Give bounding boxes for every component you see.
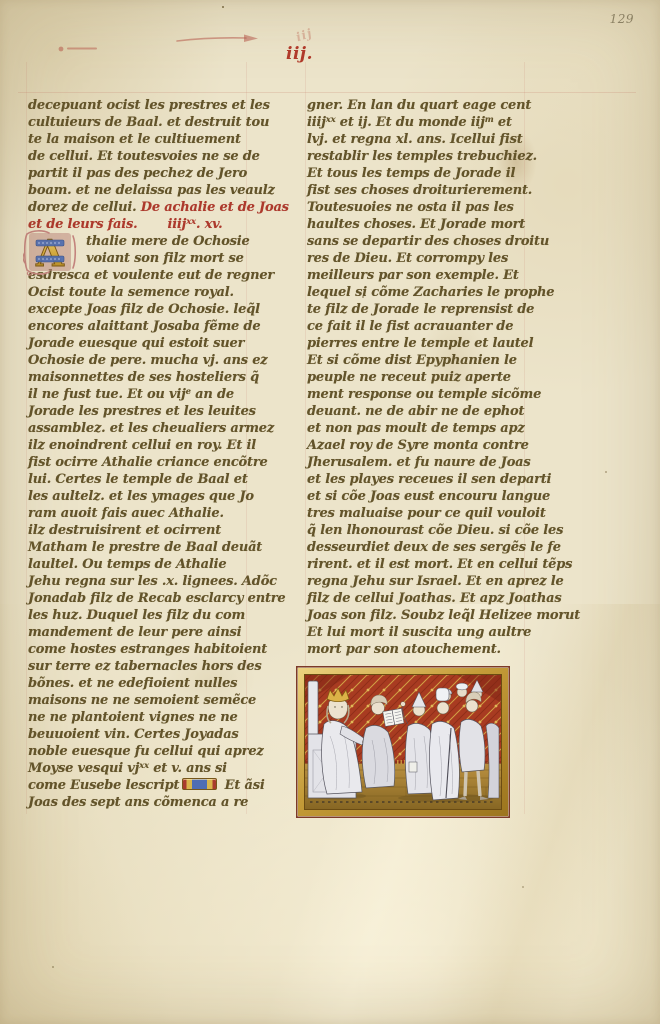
body-text: beuuoient vin. Certes Joyadas <box>28 727 239 742</box>
body-text: les aultelz. et les ymages que Jo <box>28 489 254 504</box>
text-line: res de Dieu. Et corrompy les <box>307 250 525 267</box>
text-line: te filz de Jorade le reprensist de <box>307 301 525 318</box>
body-text: an de <box>191 387 234 402</box>
text-line: sur terre ez tabernacles hors des <box>28 658 246 675</box>
text-line: q̃ len lhonourast cõe Dieu. si cõe les <box>307 522 525 539</box>
text-line: Jehu regna sur les .x. lignees. Adõc <box>28 573 246 590</box>
body-text: encores alaittant Josaba fẽme de <box>28 319 260 334</box>
text-line: de cellui. Et toutesvoies ne se de <box>28 148 246 165</box>
text-line: Matham le prestre de Baal deuãt <box>28 539 246 556</box>
body-text: noble euesque fu cellui qui aprez <box>28 744 264 759</box>
text-line: Jonadab filz de Recab esclarcy entre <box>28 590 246 607</box>
text-line: Joas son filz. Soubz leq̃l Helizee morut <box>307 607 525 624</box>
text-line: deuant. ne de abir ne de ephot <box>307 403 525 420</box>
raised-hand <box>401 702 406 707</box>
text-line: te la maison et le cultiuement <box>28 131 246 148</box>
text-line: maisons ne ne semoient semẽce <box>28 692 246 709</box>
body-text: de cellui. Et toutesvoies ne se de <box>28 149 260 164</box>
body-text: res de Dieu. Et corrompy les <box>307 251 508 266</box>
text-line: ilz destruisirent et ocirrent <box>28 522 246 539</box>
text-line: rirent. et il est mort. Et en cellui tẽp… <box>307 556 525 573</box>
text-line: Azael roy de Syre monta contre <box>307 437 525 454</box>
text-line: Et lui mort il suscita ung aultre <box>307 624 525 641</box>
text-line: et si cõe Joas eust encouru langue <box>307 488 525 505</box>
body-text: Et lui mort il suscita ung aultre <box>307 625 531 640</box>
body-text: maisons ne ne semoient semẽce <box>28 693 256 708</box>
body-text: decepuant ocist les prestres et les <box>28 98 270 113</box>
text-line: ne ne plantoient vignes ne ne <box>28 709 246 726</box>
illuminated-initial-A: A <box>23 230 79 276</box>
body-text: Jehu regna sur les .x. lignees. Adõc <box>28 574 277 589</box>
parchment-specks <box>222 6 224 8</box>
body-text: xx <box>326 115 336 125</box>
body-text: et <box>494 115 512 130</box>
red-dot-dash-mark <box>56 42 102 54</box>
text-line: Ochosie de pere. mucha vj. ans ez <box>28 352 246 369</box>
body-text: assamblez. et les cheualiers armez <box>28 421 274 436</box>
body-text: come hostes estranges habitoient <box>28 642 267 657</box>
body-text: et si cõe Joas eust encouru langue <box>307 489 550 504</box>
ruling-line-vertical <box>26 62 27 814</box>
body-text: xx <box>139 761 149 771</box>
body-text: et ij. Et du monde iij <box>335 115 484 130</box>
text-line: maisonnettes de ses hosteliers q̃ <box>28 369 246 386</box>
body-text: ilz destruisirent et ocirrent <box>28 523 221 538</box>
body-text: Jorade euesque qui estoit suer <box>28 336 244 351</box>
text-line: encores alaittant Josaba fẽme de <box>28 318 246 335</box>
body-text: restablir les temples trebuchiez. <box>307 149 537 164</box>
ruling-line-horizontal <box>18 92 636 93</box>
body-text: te filz de Jorade le reprensist de <box>307 302 534 317</box>
text-line: peuple ne receut puiz aperte <box>307 369 525 386</box>
rubric-text: . xv. <box>196 217 223 232</box>
body-text: et les playes receues il sen departi <box>307 472 551 487</box>
body-text: Jherusalem. et fu naure de Joas <box>307 455 531 470</box>
text-line: fist ses choses droiturierement. <box>307 182 525 199</box>
body-text: Et ãsi <box>220 778 264 793</box>
miniature-king-joas <box>296 666 510 818</box>
body-text: et non pas moult de temps apz <box>307 421 525 436</box>
text-line: sans se departir des choses droitu <box>307 233 525 250</box>
text-line: Ocist toute la semence royal. <box>28 284 246 301</box>
body-text: meilleurs par son exemple. Et <box>307 268 519 283</box>
rubric-text: iiij <box>167 217 186 232</box>
text-line: lui. Certes le temple de Baal et <box>28 471 246 488</box>
text-line: laultel. Ou temps de Athalie <box>28 556 246 573</box>
text-line: come hostes estranges habitoient <box>28 641 246 658</box>
open-book <box>383 708 404 726</box>
rubric-text: De achalie et de Joas <box>141 200 289 215</box>
tall-white-hat <box>436 688 449 701</box>
body-text: Ochosie de pere. mucha vj. ans ez <box>28 353 267 368</box>
text-line: iiijxx et ij. Et du monde iijm et <box>307 114 525 131</box>
body-text: rirent. et il est mort. Et en cellui tẽp… <box>307 557 572 572</box>
line-filler-ornament <box>182 778 217 790</box>
text-line: Et tous les temps de Jorade il <box>307 165 525 182</box>
body-text: partit il pas des pechez de Jero <box>28 166 247 181</box>
body-text: fist ocirre Athalie criance encõtre <box>28 455 268 470</box>
body-text: q̃ len lhonourast cõe Dieu. si cõe les <box>307 523 563 538</box>
body-text: il ne fust tue. Et ou vij <box>28 387 186 402</box>
body-text: Moyse vesqui vj <box>28 761 139 776</box>
text-line: partit il pas des pechez de Jero <box>28 165 246 182</box>
text-line: les aultelz. et les ymages que Jo <box>28 488 246 505</box>
body-text: Et si cõme dist Epyphanien le <box>307 353 517 368</box>
text-line: il ne fust tue. Et ou vije an de <box>28 386 246 403</box>
body-text: e <box>186 387 191 397</box>
text-line: come Eusebe lescript Et ãsi <box>28 777 246 794</box>
text-line: beuuoient vin. Certes Joyadas <box>28 726 246 743</box>
text-line: desseurdiet deux de ses sergẽs le fe <box>307 539 525 556</box>
body-text: gner. En lan du quart eage cent <box>307 98 531 113</box>
text-line: filz de cellui Joathas. Et apz Joathas <box>307 590 525 607</box>
offset-ghost-numeral: iij <box>294 26 314 44</box>
body-text: Ocist toute la semence royal. <box>28 285 234 300</box>
text-line: ce fait il le fist acrauanter de <box>307 318 525 335</box>
body-text: ment response ou temple sicõme <box>307 387 541 402</box>
text-line: assamblez. et les cheualiers armez <box>28 420 246 437</box>
svg-text:A: A <box>35 233 65 275</box>
body-text: boam. et ne delaissa pas les veaulz <box>28 183 275 198</box>
body-text: filz de cellui Joathas. Et apz Joathas <box>307 591 561 606</box>
body-text <box>137 216 167 233</box>
text-line: ram auoit fais auec Athalie. <box>28 505 246 522</box>
body-text: ce fait il le fist acrauanter de <box>307 319 513 334</box>
body-text: ram auoit fais auec Athalie. <box>28 506 224 521</box>
text-line: Moyse vesqui vjxx et v. ans si <box>28 760 246 777</box>
body-text: Joas son filz. Soubz leq̃l Helizee morut <box>307 608 580 623</box>
text-line: restablir les temples trebuchiez. <box>307 148 525 165</box>
chapter-heading-numeral: iij. <box>286 44 313 64</box>
text-line: boam. et ne delaissa pas les veaulz <box>28 182 246 199</box>
body-text: iiij <box>307 115 326 130</box>
text-line: lequel si cõme Zacharies le prophe <box>307 284 525 301</box>
body-text: peuple ne receut puiz aperte <box>307 370 511 385</box>
text-line: lvj. et regna xl. ans. Icellui fist <box>307 131 525 148</box>
text-line: et non pas moult de temps apz <box>307 420 525 437</box>
body-text: Jorade les prestres et les leuites <box>28 404 256 419</box>
text-line: haultes choses. Et Jorade mort <box>307 216 525 233</box>
red-arrow-mark <box>174 33 262 47</box>
text-line: meilleurs par son exemple. Et <box>307 267 525 284</box>
text-line: excepte Joas filz de Ochosie. leq̃l <box>28 301 246 318</box>
body-text: maisonnettes de ses hosteliers q̃ <box>28 370 259 385</box>
body-text: te la maison et le cultiuement <box>28 132 241 147</box>
body-text: voiant son filz mort se <box>86 251 244 266</box>
body-text: Matham le prestre de Baal deuãt <box>28 540 262 555</box>
body-text: haultes choses. Et Jorade mort <box>307 217 525 232</box>
text-line: pierres entre le temple et lautel <box>307 335 525 352</box>
body-text: Azael roy de Syre monta contre <box>307 438 529 453</box>
text-line: ment response ou temple sicõme <box>307 386 525 403</box>
text-line: Toutesuoies ne osta il pas les <box>307 199 525 216</box>
body-text: excepte Joas filz de Ochosie. leq̃l <box>28 302 260 317</box>
text-line: decepuant ocist les prestres et les <box>28 97 246 114</box>
gold-crown <box>327 688 349 702</box>
text-line: Joas des sept ans cõmenca a re <box>28 794 246 811</box>
text-line: noble euesque fu cellui qui aprez <box>28 743 246 760</box>
text-line: regna Jehu sur Israel. Et en aprez le <box>307 573 525 590</box>
body-text: m <box>485 115 494 125</box>
body-text: desseurdiet deux de ses sergẽs le fe <box>307 540 561 555</box>
body-text: thalie mere de Ochosie <box>86 234 250 249</box>
text-line: Jherusalem. et fu naure de Joas <box>307 454 525 471</box>
body-text: laultel. Ou temps de Athalie <box>28 557 226 572</box>
body-text: lui. Certes le temple de Baal et <box>28 472 248 487</box>
body-text: ne ne plantoient vignes ne ne <box>28 710 238 725</box>
text-line: fist ocirre Athalie criance encõtre <box>28 454 246 471</box>
text-line: tres maluaise pour ce quil vouloit <box>307 505 525 522</box>
text-line: dorez de cellui. De achalie et de Joas <box>28 199 246 216</box>
text-line: ilz enoindrent cellui en roy. Et il <box>28 437 246 454</box>
text-line: Et si cõme dist Epyphanien le <box>307 352 525 369</box>
body-text: mandement de leur pere ainsi <box>28 625 241 640</box>
text-line: mort par son atouchement. <box>307 641 525 658</box>
body-text: pierres entre le temple et lautel <box>307 336 533 351</box>
body-text: dorez de cellui. <box>28 200 141 215</box>
body-text: bõnes. et ne edefioient nulles <box>28 676 237 691</box>
body-text: cultuieurs de Baal. et destruit tou <box>28 115 269 130</box>
text-line: et les playes receues il sen departi <box>307 471 525 488</box>
body-text: mort par son atouchement. <box>307 642 501 657</box>
body-text: lequel si cõme Zacharies le prophe <box>307 285 554 300</box>
text-line: cultuieurs de Baal. et destruit tou <box>28 114 246 131</box>
text-line: Jorade les prestres et les leuites <box>28 403 246 420</box>
rubric-text: xx <box>186 217 196 227</box>
body-text: lvj. et regna xl. ans. Icellui fist <box>307 132 523 147</box>
text-line: bõnes. et ne edefioient nulles <box>28 675 246 692</box>
body-text: ilz enoindrent cellui en roy. Et il <box>28 438 256 453</box>
body-text: tres maluaise pour ce quil vouloit <box>307 506 546 521</box>
folio-number: 129 <box>610 12 634 26</box>
body-text: les huz. Duquel les filz du com <box>28 608 245 623</box>
text-column-left: decepuant ocist les prestres et lescultu… <box>28 97 246 811</box>
body-text: Et tous les temps de Jorade il <box>307 166 515 181</box>
body-text: et v. ans si <box>149 761 227 776</box>
body-text: Joas des sept ans cõmenca a re <box>28 795 248 810</box>
body-text: Toutesuoies ne osta il pas les <box>307 200 514 215</box>
body-text: Jonadab filz de Recab esclarcy entre <box>28 591 285 606</box>
body-text: come Eusebe lescript <box>28 778 179 793</box>
body-text: regna Jehu sur Israel. Et en aprez le <box>307 574 564 589</box>
body-text: deuant. ne de abir ne de ephot <box>307 404 524 419</box>
body-text: sans se departir des choses droitu <box>307 234 549 249</box>
text-line: Jorade euesque qui estoit suer <box>28 335 246 352</box>
text-line: gner. En lan du quart eage cent <box>307 97 525 114</box>
body-text: sur terre ez tabernacles hors des <box>28 659 261 674</box>
text-line: les huz. Duquel les filz du com <box>28 607 246 624</box>
body-text: fist ses choses droiturierement. <box>307 183 532 198</box>
text-column-right: gner. En lan du quart eage centiiijxx et… <box>307 97 525 658</box>
text-line: mandement de leur pere ainsi <box>28 624 246 641</box>
manuscript-page: iij iij. 129 decepuant ocist les prestre… <box>0 0 660 1024</box>
